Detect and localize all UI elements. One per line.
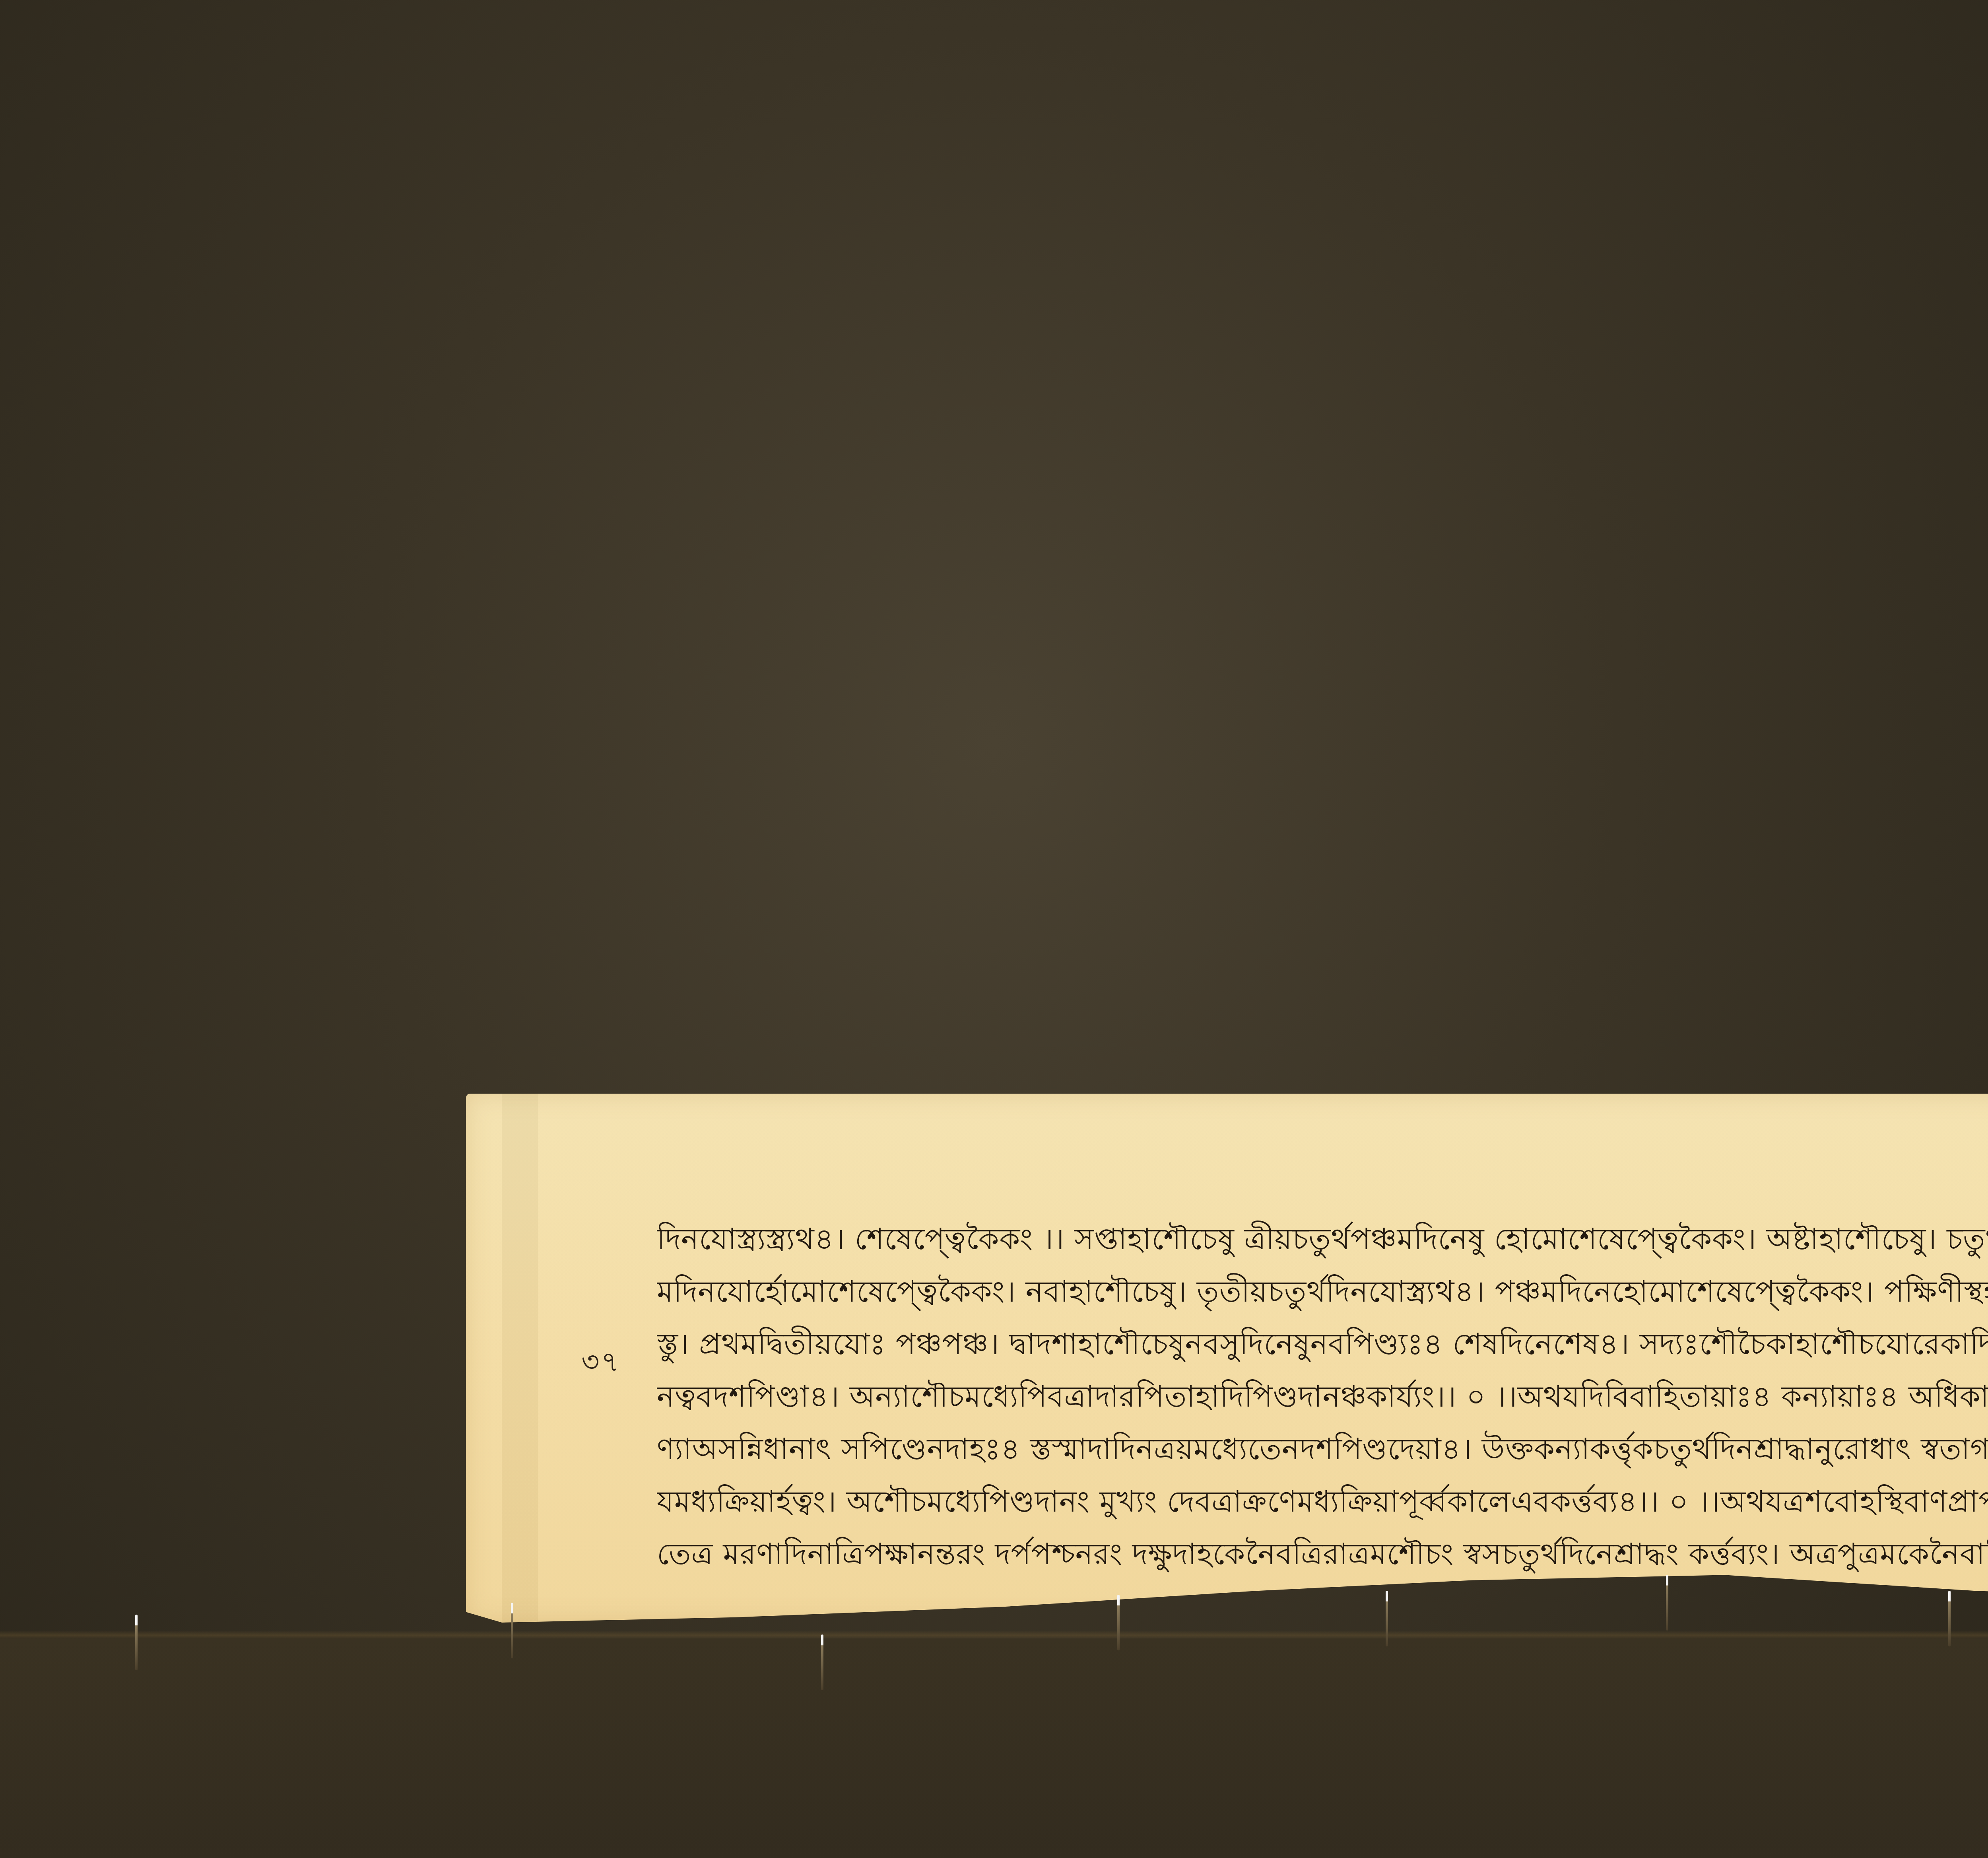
text-line-7: তেত্র মরণাদিনাত্রিপক্ষানন্তরং দর্পপশ্চনর…	[657, 1528, 1988, 1580]
text-line-2: মদিনযোর্হোমোশেষেপ্ত্বেকৈকং। নবাহাশৌচেষু।…	[657, 1265, 1988, 1318]
text-line-4: নত্ববদশপিণ্ডা৪। অন্যাশৌচমধ্যেপিবত্রাদারপ…	[657, 1370, 1988, 1423]
text-line-6: যমধ্যক্রিয়ার্হত্বং। অশৌচমধ্যেপিণ্ডদানং …	[657, 1475, 1988, 1528]
pin-icon	[1666, 1575, 1668, 1631]
pin-icon	[821, 1634, 823, 1690]
pin-icon	[1386, 1591, 1388, 1646]
text-line-1: দিনযোস্ত্র্যস্ত্র্যথ৪। শেষেপ্ত্বেকৈকং ।।…	[657, 1213, 1988, 1265]
manuscript-leaf: ৩৭ ৩৭ দিনযোস্ত্র্যস্ত্র্যথ৪। শেষেপ্ত্বেক…	[466, 1094, 1988, 1623]
manuscript-text: দিনযোস্ত্র্যস্ত্র্যথ৪। শেষেপ্ত্বেকৈকং ।।…	[657, 1213, 1988, 1580]
folio-number-left: ৩৭	[581, 1340, 621, 1387]
pin-icon	[1117, 1595, 1120, 1650]
text-line-3: স্তু। প্রথমদ্বিতীয়যোঃ পঞ্চপঞ্চ। দ্বাদশা…	[657, 1318, 1988, 1370]
pin-icon	[1948, 1591, 1951, 1646]
display-board-lower	[0, 1638, 1988, 1858]
pin-icon	[511, 1603, 513, 1658]
pin-icon	[135, 1615, 138, 1670]
text-line-5: ণ্যাঅসন্নিধানাৎ সপিণ্ডেনদাহঃ৪ স্তস্মাদাদ…	[657, 1423, 1988, 1475]
